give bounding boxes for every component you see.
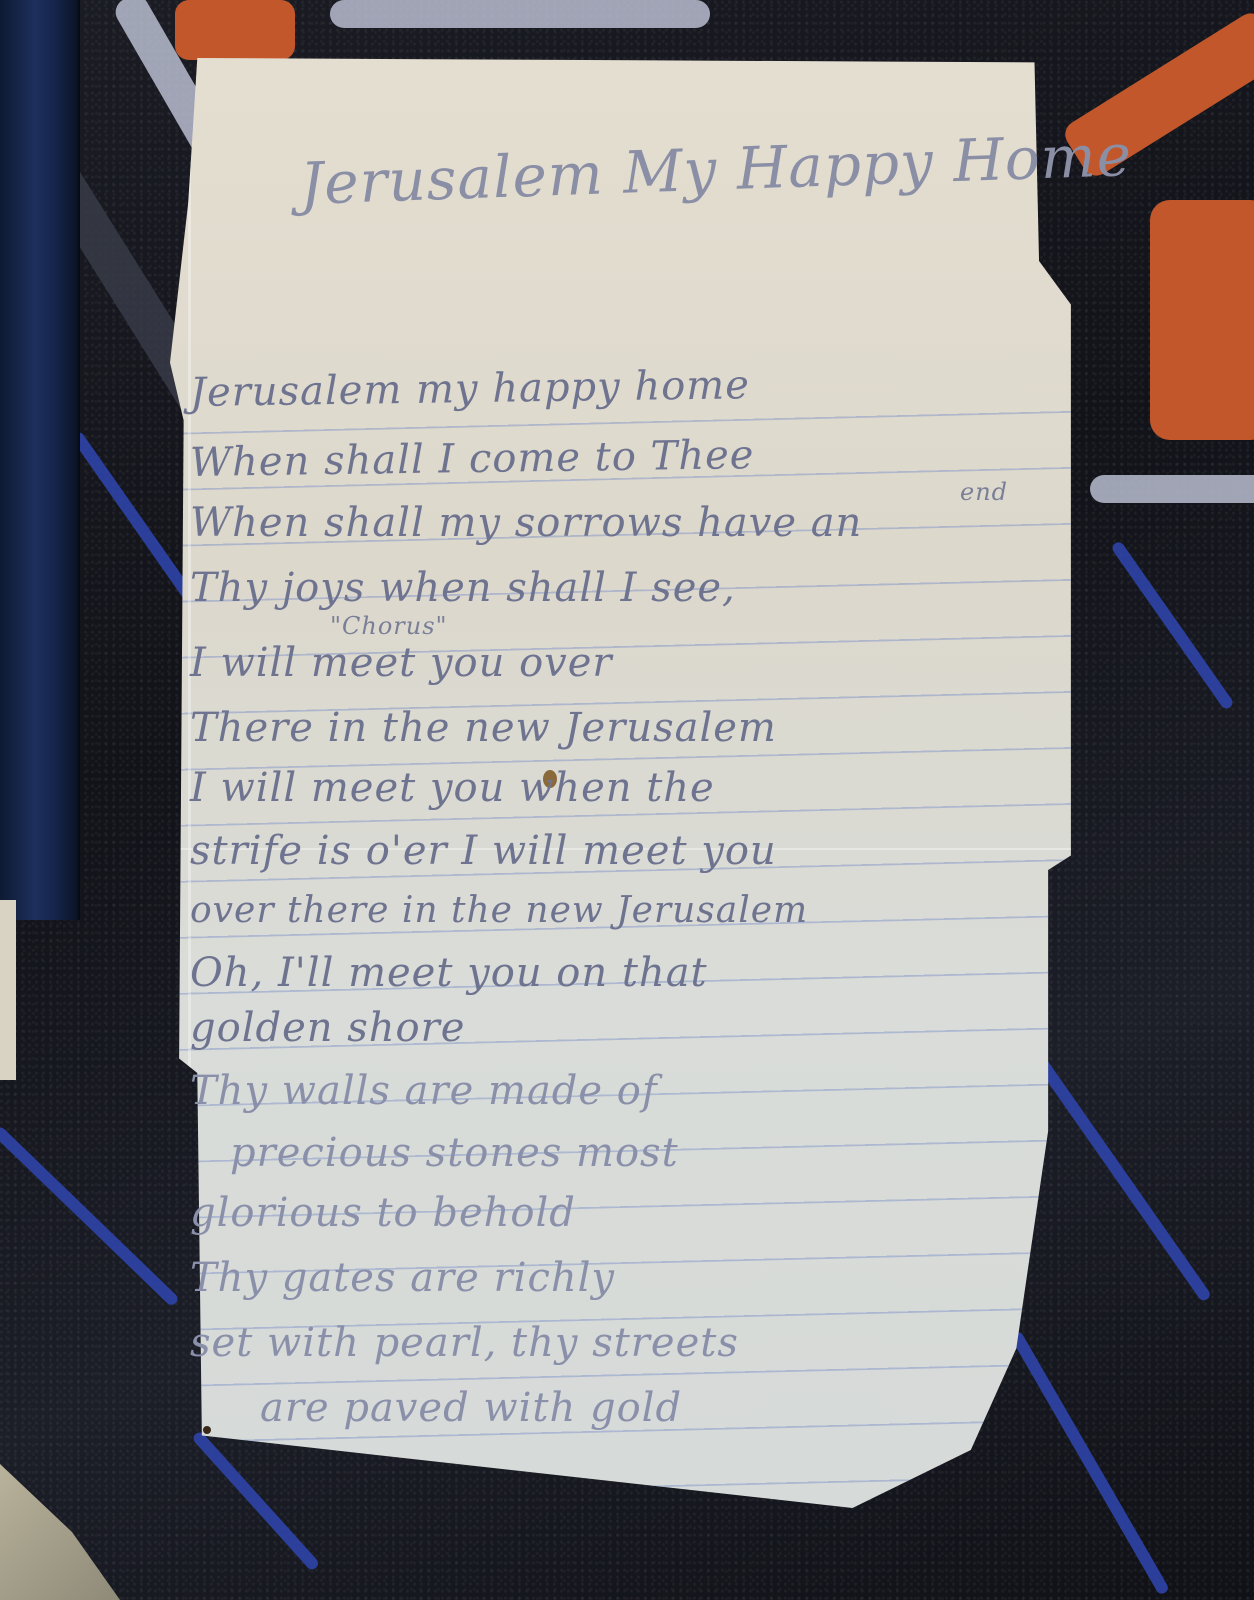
chorus-line: There in the new Jerusalem (190, 705, 777, 751)
paper-scrap (0, 900, 16, 1080)
stain (203, 1426, 211, 1434)
rug-stripe-orange (1150, 200, 1254, 440)
verse2-line: precious stones most (230, 1130, 679, 1176)
verse1-line: Jerusalem my happy home (190, 362, 750, 416)
rug-stripe-orange (175, 0, 295, 60)
verse2-line: are paved with gold (260, 1385, 682, 1431)
annotation-end: end (960, 478, 1008, 506)
chorus-line: over there in the new Jerusalem (190, 890, 808, 931)
verse2-line: set with pearl, thy streets (190, 1320, 739, 1366)
chorus-label: "Chorus" (330, 612, 448, 640)
verse1-line: When shall I come to Thee (190, 432, 755, 486)
chorus-line: strife is o'er I will meet you (190, 828, 777, 874)
chorus-line: Oh, I'll meet you on that (190, 950, 708, 996)
blue-fabric-edge (0, 0, 80, 920)
verse2-line: Thy gates are richly (190, 1255, 615, 1301)
verse2-line: glorious to behold (190, 1190, 576, 1236)
chorus-line: I will meet you when the (190, 765, 715, 811)
chorus-line: golden shore (190, 1005, 465, 1051)
verse1-line: When shall my sorrows have an (190, 500, 862, 546)
verse2-line: Thy walls are made of (190, 1068, 658, 1114)
verse1-line: Thy joys when shall I see, (190, 565, 736, 611)
chorus-line: I will meet you over (190, 640, 613, 686)
rug-stripe-white (1090, 475, 1254, 503)
rug-stripe-white (330, 0, 710, 28)
